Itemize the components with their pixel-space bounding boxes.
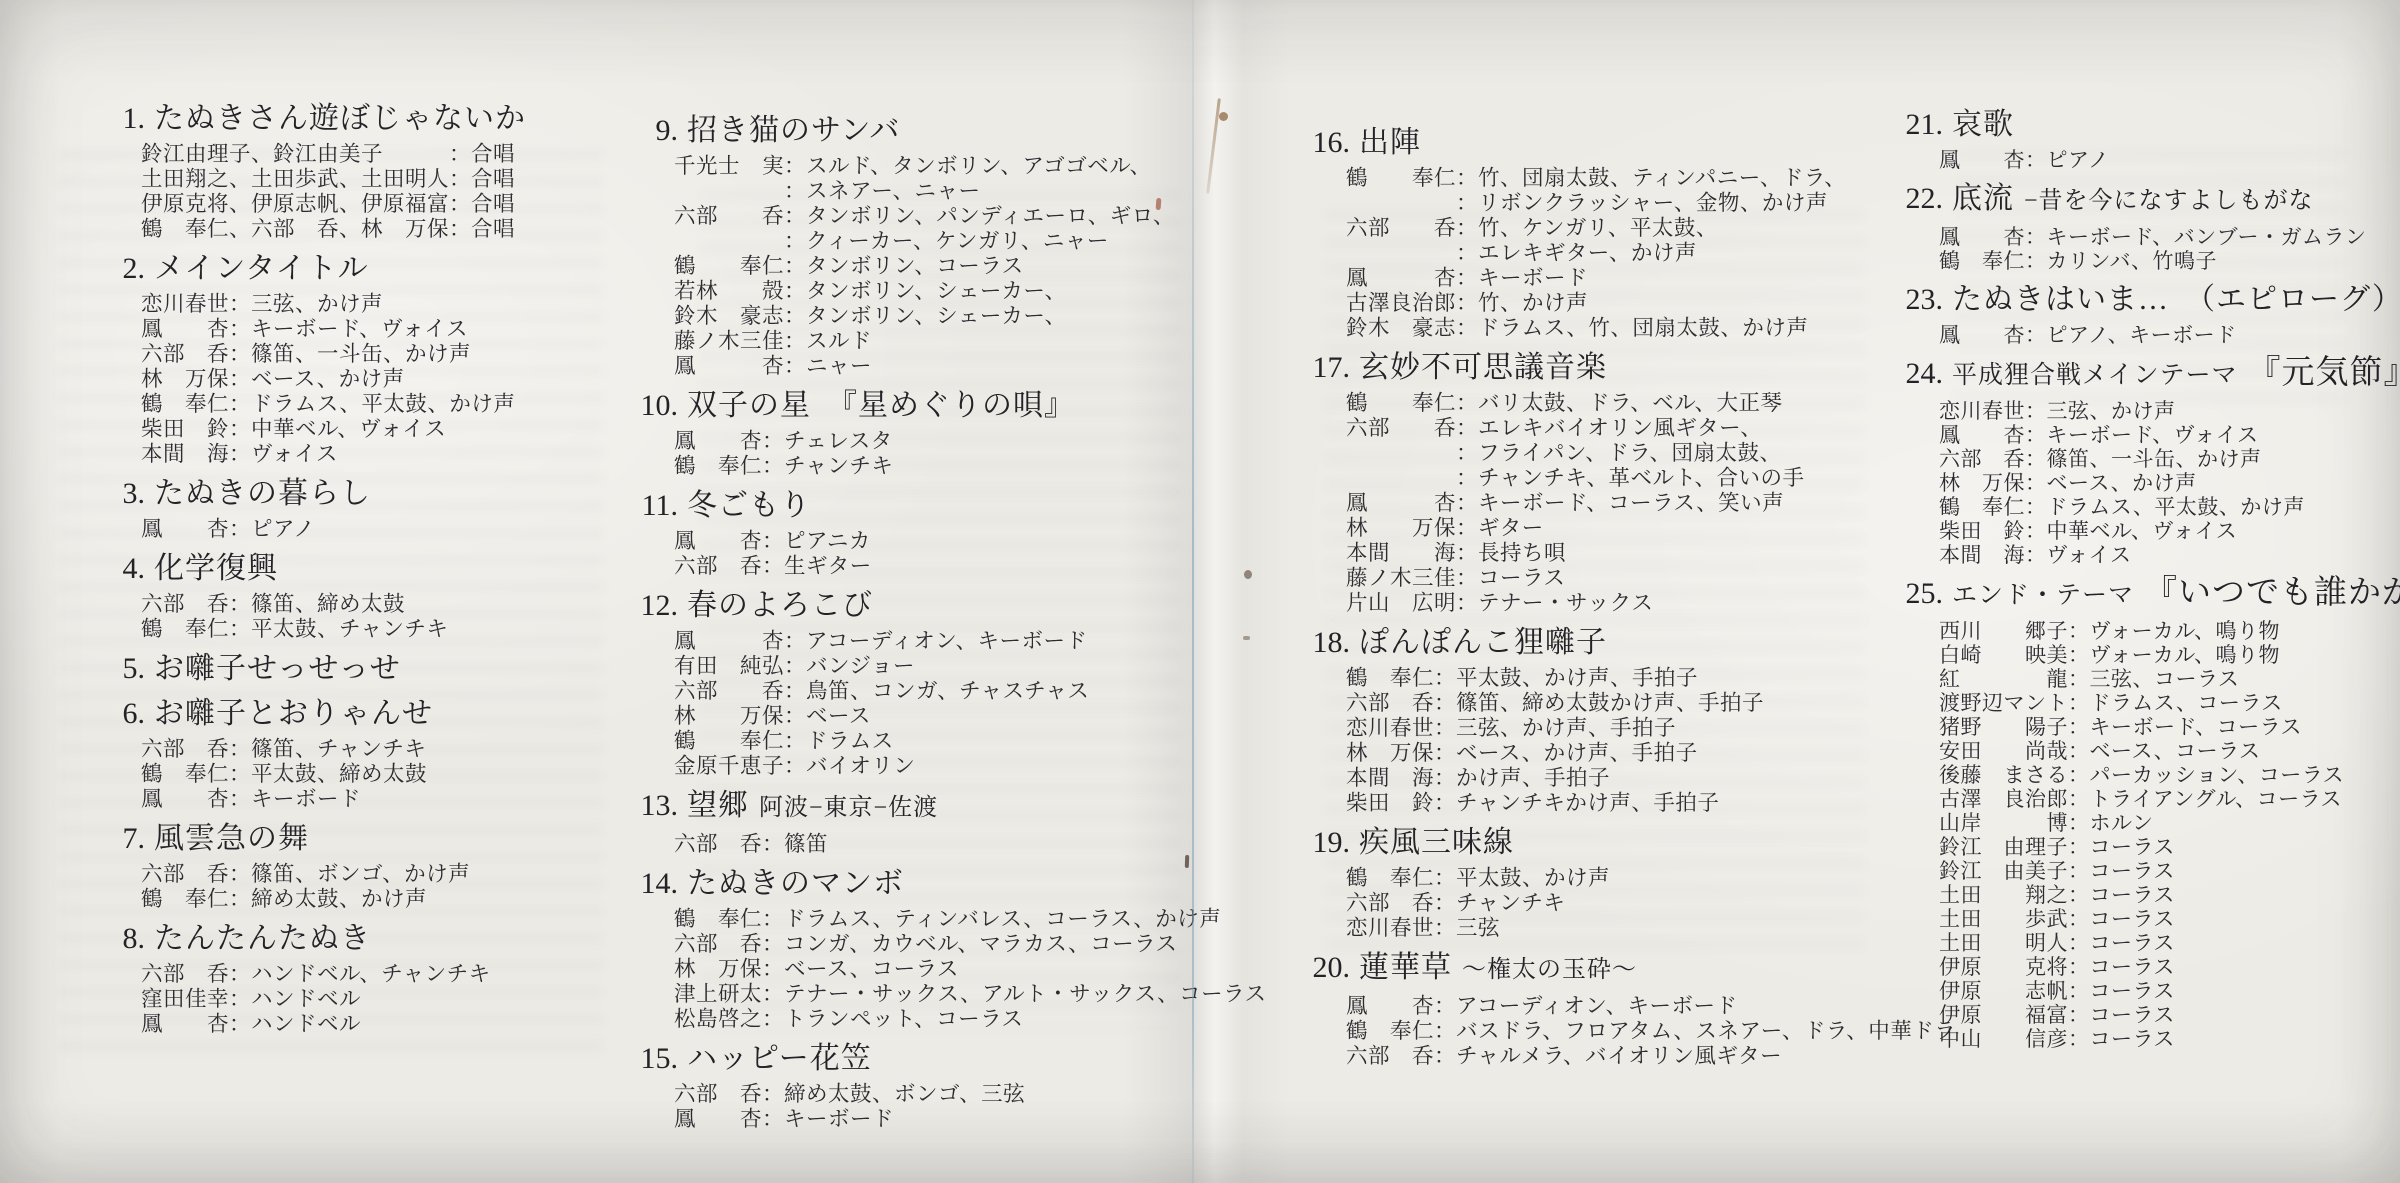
- credit-line: 恋川春世：三弦、かけ声: [1893, 399, 2393, 423]
- track: 14.たぬきのマンボ鶴 奉仁：ドラムス、ティンバレス、コーラス、かけ声六部 呑：…: [628, 865, 1193, 1032]
- credit-line: 鶴 奉仁：平太鼓、かけ声: [1300, 866, 1885, 891]
- credit-line: 鈴木 豪志：タンボリン、シェーカー、: [628, 304, 1193, 329]
- track: 1.たぬきさん遊ぼじゃないか鈴江由理子、鈴江由美子 ：合唱土田翔之、土田歩武、土…: [95, 100, 610, 242]
- credit-line: 鶴 奉仁：平太鼓、かけ声、手拍子: [1300, 666, 1885, 691]
- track-title-text: ぽんぽんこ狸囃子: [1359, 626, 1607, 659]
- track: 2.メインタイトル恋川春世：三弦、かけ声鳳 杏：キーボード、ヴォイス六部 呑：篠…: [95, 250, 610, 467]
- credit-line: 渡野辺マント：ドラムス、コーラス: [1893, 691, 2393, 715]
- credit-line: 猪野 陽子：キーボード、コーラス: [1893, 715, 2393, 739]
- credit-line: 六部 呑：生ギター: [628, 554, 1193, 579]
- credit-line: 六部 呑：篠笛、チャンチキ: [95, 737, 610, 762]
- track-subtitle: 阿波−東京−佐渡: [759, 795, 938, 821]
- crease-mark: [1206, 98, 1221, 194]
- credit-line: 鶴 奉仁：竹、団扇太鼓、ティンパニー、ドラ、: [1300, 166, 1885, 191]
- track-title-row: 25.エンド・テーマ『いつでも誰かが』: [1893, 575, 2393, 614]
- credit-line: 本間 海：かけ声、手拍子: [1300, 766, 1885, 791]
- rust-stain-mark: [1156, 198, 1162, 210]
- track-title-text: メインタイトル: [154, 252, 369, 285]
- track-title-row: 13.望郷阿波−東京−佐渡: [628, 787, 1193, 827]
- track-title-text: お囃子せっせっせ: [154, 652, 401, 685]
- tracklist-column-3: 16.出陣鶴 奉仁：竹、団扇太鼓、ティンパニー、ドラ、 ：リボンクラッシャー、金…: [1300, 116, 1885, 1069]
- track-title-text: 春のよろこび: [687, 589, 873, 622]
- track-number: 12.: [628, 587, 687, 624]
- credit-line: 藤ノ木三佳：スルド: [628, 329, 1193, 354]
- credit-line: 六部 呑：ハンドベル、チャンチキ: [95, 962, 610, 987]
- credit-line: 伊原 福富：コーラス: [1893, 1003, 2393, 1027]
- track-title-row: 3.たぬきの暮らし: [95, 475, 610, 512]
- credit-line: 鳳 杏：ピアノ、キーボード: [1893, 323, 2393, 347]
- credit-line: 土田 歩武：コーラス: [1893, 907, 2393, 931]
- credit-line: 鳳 杏：ピアノ: [95, 517, 610, 542]
- track: 21.哀歌鳳 杏：ピアノ: [1893, 106, 2393, 172]
- track-number: 13.: [628, 787, 687, 824]
- credit-line: 若林 殻：タンボリン、シェーカー、: [628, 279, 1193, 304]
- staple-mark: [1244, 570, 1252, 579]
- track-title-text: たぬきのマンボ: [687, 867, 904, 900]
- credit-line: 六部 呑：コンガ、カウベル、マラカス、コーラス: [628, 932, 1193, 957]
- track-title-text: 疾風三味線: [1359, 826, 1514, 859]
- credit-line: ：リボンクラッシャー、金物、かけ声: [1300, 191, 1885, 216]
- track-subtitle: ～権太の玉砕～: [1462, 957, 1637, 983]
- credit-line: 六部 呑：チャルメラ、バイオリン風ギター: [1300, 1044, 1885, 1069]
- credit-line: 柴田 鈴：チャンチキかけ声、手拍子: [1300, 791, 1885, 816]
- credit-line: 六部 呑：篠笛、一斗缶、かけ声: [95, 342, 610, 367]
- booklet-spread: 1.たぬきさん遊ぼじゃないか鈴江由理子、鈴江由美子 ：合唱土田翔之、土田歩武、土…: [0, 0, 2400, 1183]
- track-title-row: 12.春のよろこび: [628, 587, 1193, 624]
- track-title-text: たんたんたぬき: [154, 922, 371, 955]
- track-title-text: 玄妙不可思議音楽: [1359, 351, 1607, 384]
- track-title-row: 24.平成狸合戦メインテーマ『元気節』: [1893, 355, 2393, 394]
- track: 8.たんたんたぬき六部 呑：ハンドベル、チャンチキ窪田佳幸：ハンドベル鳳 杏：ハ…: [95, 920, 610, 1037]
- credit-line: 六部 呑：鳥笛、コンガ、チャスチャス: [628, 679, 1193, 704]
- track: 17.玄妙不可思議音楽鶴 奉仁：バリ太鼓、ドラ、ベル、大正琴六部 呑：エレキバイ…: [1300, 349, 1885, 616]
- track-title-row: 6.お囃子とおりゃんせ: [95, 695, 610, 732]
- track-title-row: 2.メインタイトル: [95, 250, 610, 287]
- track-number: 7.: [95, 820, 154, 857]
- track-title-row: 10.双子の星 『星めぐりの唄』: [628, 387, 1193, 424]
- track-subtitle: −昔を今になすよしもがな: [2024, 188, 2314, 214]
- track-number: 6.: [95, 695, 154, 732]
- tracklist-column-1: 1.たぬきさん遊ぼじゃないか鈴江由理子、鈴江由美子 ：合唱土田翔之、土田歩武、土…: [95, 92, 610, 1037]
- credit-line: 林 万保：ギター: [1300, 516, 1885, 541]
- stain-mark: [1219, 112, 1228, 121]
- credit-line: 後藤 まさる：パーカッション、コーラス: [1893, 763, 2393, 787]
- track-title-text: 出陣: [1359, 126, 1421, 159]
- credit-line: 六部 呑：篠笛、ボンゴ、かけ声: [95, 862, 610, 887]
- credit-line: 土田 明人：コーラス: [1893, 931, 2393, 955]
- track-title-text: 招き猫のサンバ: [687, 114, 900, 147]
- track: 5.お囃子せっせっせ: [95, 650, 610, 687]
- credit-line: 鈴江 由美子：コーラス: [1893, 859, 2393, 883]
- track-number: 22.: [1893, 180, 1952, 217]
- track-title-row: 15.ハッピー花笠: [628, 1040, 1193, 1077]
- credit-line: 伊原克将、伊原志帆、伊原福富：合唱: [95, 192, 610, 217]
- track-number: 11.: [628, 487, 687, 524]
- credit-line: 柴田 鈴：中華ベル、ヴォイス: [95, 417, 610, 442]
- credit-line: 六部 呑：タンボリン、パンディエーロ、ギロ、: [628, 204, 1193, 229]
- track: 4.化学復興六部 呑：篠笛、締め太鼓鶴 奉仁：平太鼓、チャンチキ: [95, 550, 610, 642]
- credit-line: ：フライパン、ドラ、団扇太鼓、: [1300, 441, 1885, 466]
- credit-line: 鶴 奉仁：平太鼓、締め太鼓: [95, 762, 610, 787]
- credit-line: 鶴 奉仁：バリ太鼓、ドラ、ベル、大正琴: [1300, 391, 1885, 416]
- track-number: 3.: [95, 475, 154, 512]
- track-title-text: たぬきはいま… （エピローグ）: [1952, 283, 2400, 316]
- track-number: 4.: [95, 550, 154, 587]
- track: 18.ぽんぽんこ狸囃子鶴 奉仁：平太鼓、かけ声、手拍子六部 呑：篠笛、締め太鼓か…: [1300, 624, 1885, 816]
- credit-line: 鳳 杏：キーボード、ヴォイス: [95, 317, 610, 342]
- credit-line: 土田翔之、土田歩武、土田明人：合唱: [95, 167, 610, 192]
- track: 22.底流−昔を今になすよしもがな鳳 杏：キーボード、バンブー・ガムラン鶴 奉仁…: [1893, 180, 2393, 273]
- track-title-text: ハッピー花笠: [687, 1042, 872, 1075]
- track-number: 17.: [1300, 349, 1359, 386]
- credit-line: 林 万保：ベース、かけ声: [95, 367, 610, 392]
- credit-line: 伊原 克将：コーラス: [1893, 955, 2393, 979]
- credit-line: 鶴 奉仁：ドラムス、ティンバレス、コーラス、かけ声: [628, 907, 1193, 932]
- credit-line: 安田 尚哉：ベース、コーラス: [1893, 739, 2393, 763]
- track-title-text: 底流: [1952, 182, 2014, 215]
- credit-line: 鈴木 豪志：ドラムス、竹、団扇太鼓、かけ声: [1300, 316, 1885, 341]
- credit-line: 柴田 鈴：中華ベル、ヴォイス: [1893, 519, 2393, 543]
- credit-line: 六部 呑：篠笛、一斗缶、かけ声: [1893, 447, 2393, 471]
- credit-line: 鳳 杏：キーボード、コーラス、笑い声: [1300, 491, 1885, 516]
- credit-line: 西川 郷子：ヴォーカル、鳴り物: [1893, 619, 2393, 643]
- track-title-row: 18.ぽんぽんこ狸囃子: [1300, 624, 1885, 661]
- track-number: 16.: [1300, 124, 1359, 161]
- track-title-row: 4.化学復興: [95, 550, 610, 587]
- track-title-row: 22.底流−昔を今になすよしもがな: [1893, 180, 2393, 220]
- credit-line: 千光士 実：スルド、タンボリン、アゴゴベル、: [628, 154, 1193, 179]
- credit-line: 鶴 奉仁：チャンチキ: [628, 454, 1193, 479]
- credit-line: 土田 翔之：コーラス: [1893, 883, 2393, 907]
- track: 24.平成狸合戦メインテーマ『元気節』恋川春世：三弦、かけ声鳳 杏：キーボード、…: [1893, 355, 2393, 567]
- credit-line: 鶴 奉仁：ドラムス、平太鼓、かけ声: [95, 392, 610, 417]
- track-number: 19.: [1300, 824, 1359, 861]
- track-title-row: 8.たんたんたぬき: [95, 920, 610, 957]
- credit-line: 金原千恵子：バイオリン: [628, 754, 1193, 779]
- track: 12.春のよろこび鳳 杏：アコーディオン、キーボード有田 純弘：バンジョー六部 …: [628, 587, 1193, 779]
- credit-line: 林 万保：ベース: [628, 704, 1193, 729]
- track-number: 2.: [95, 250, 154, 287]
- track-title-row: 23.たぬきはいま… （エピローグ）: [1893, 281, 2393, 318]
- track-title-text: たぬきさん遊ぼじゃないか: [154, 102, 526, 135]
- tracklist-column-4: 21.哀歌鳳 杏：ピアノ22.底流−昔を今になすよしもがな鳳 杏：キーボード、バ…: [1893, 98, 2393, 1051]
- track: 3.たぬきの暮らし鳳 杏：ピアノ: [95, 475, 610, 542]
- track-number: 20.: [1300, 949, 1359, 986]
- credit-line: 鳳 杏：アコーディオン、キーボード: [1300, 994, 1885, 1019]
- track-number: 18.: [1300, 624, 1359, 661]
- credit-line: 山岸 博：ホルン: [1893, 811, 2393, 835]
- track-number: 23.: [1893, 281, 1952, 318]
- credit-line: 六部 呑：篠笛、締め太鼓: [95, 592, 610, 617]
- credit-line: 藤ノ木三佳：コーラス: [1300, 566, 1885, 591]
- credit-line: 六部 呑：竹、ケンガリ、平太鼓、: [1300, 216, 1885, 241]
- track: 13.望郷阿波−東京−佐渡六部 呑：篠笛: [628, 787, 1193, 857]
- credit-line: 鶴 奉仁：ドラムス: [628, 729, 1193, 754]
- credit-line: ：チャンチキ、革ベルト、合いの手: [1300, 466, 1885, 491]
- credit-line: 林 万保：ベース、かけ声: [1893, 471, 2393, 495]
- credit-line: 鶴 奉仁：締め太鼓、かけ声: [95, 887, 610, 912]
- credit-line: 古澤 良治郎：トライアングル、コーラス: [1893, 787, 2393, 811]
- track-subtitle: 『元気節』: [2248, 355, 2400, 391]
- credit-line: 鶴 奉仁：カリンバ、竹鳴子: [1893, 249, 2393, 273]
- credit-line: 鶴 奉仁：ドラムス、平太鼓、かけ声: [1893, 495, 2393, 519]
- track-subtitle: 『いつでも誰かが』: [2144, 575, 2400, 611]
- track-number: 21.: [1893, 106, 1952, 143]
- credit-line: 鳳 杏：キーボード、バンブー・ガムラン: [1893, 225, 2393, 249]
- track: 7.風雲急の舞六部 呑：篠笛、ボンゴ、かけ声鶴 奉仁：締め太鼓、かけ声: [95, 820, 610, 912]
- track: 20.蓮華草～権太の玉砕～鳳 杏：アコーディオン、キーボード鶴 奉仁：バスドラ、…: [1300, 949, 1885, 1069]
- credit-line: 本間 海：ヴォイス: [1893, 543, 2393, 567]
- credit-line: 鶴 奉仁：タンボリン、コーラス: [628, 254, 1193, 279]
- credit-line: 窪田佳幸：ハンドベル: [95, 987, 610, 1012]
- track: 23.たぬきはいま… （エピローグ）鳳 杏：ピアノ、キーボード: [1893, 281, 2393, 347]
- credit-line: 六部 呑：篠笛: [628, 832, 1193, 857]
- track-number: 25.: [1893, 575, 1952, 612]
- credit-line: 古澤良治郎：竹、かけ声: [1300, 291, 1885, 316]
- credit-line: 鳳 杏：チェレスタ: [628, 429, 1193, 454]
- track-title-text: 冬ごもり: [687, 489, 811, 522]
- credit-line: 紅 龍：三弦、コーラス: [1893, 667, 2393, 691]
- credit-line: 鶴 奉仁：バスドラ、フロアタム、スネアー、ドラ、中華ドラ: [1300, 1019, 1885, 1044]
- track-title-text: 双子の星 『星めぐりの唄』: [687, 389, 1075, 422]
- credit-line: 伊原 志帆：コーラス: [1893, 979, 2393, 1003]
- track-number: 14.: [628, 865, 687, 902]
- credit-line: 鳳 杏：ニャー: [628, 354, 1193, 379]
- credit-line: ：クィーカー、ケンガリ、ニャー: [628, 229, 1193, 254]
- track-title-row: 9.招き猫のサンバ: [628, 112, 1193, 149]
- track: 16.出陣鶴 奉仁：竹、団扇太鼓、ティンパニー、ドラ、 ：リボンクラッシャー、金…: [1300, 124, 1885, 341]
- credit-line: 本間 海：長持ち唄: [1300, 541, 1885, 566]
- credit-line: 本間 海：ヴォイス: [95, 442, 610, 467]
- track-title-text: お囃子とおりゃんせ: [154, 697, 433, 730]
- track: 6.お囃子とおりゃんせ六部 呑：篠笛、チャンチキ鶴 奉仁：平太鼓、締め太鼓鳳 杏…: [95, 695, 610, 812]
- track: 25.エンド・テーマ『いつでも誰かが』西川 郷子：ヴォーカル、鳴り物白崎 映美：…: [1893, 575, 2393, 1051]
- track: 15.ハッピー花笠六部 呑：締め太鼓、ボンゴ、三弦鳳 杏：キーボード: [628, 1040, 1193, 1132]
- track-title-text: 哀歌: [1952, 108, 2014, 141]
- track-title-row: 20.蓮華草～権太の玉砕～: [1300, 949, 1885, 989]
- track-title-row: 7.風雲急の舞: [95, 820, 610, 857]
- track-title-row: 1.たぬきさん遊ぼじゃないか: [95, 100, 610, 137]
- credit-line: ：エレキギター、かけ声: [1300, 241, 1885, 266]
- credit-line: 松島啓之：トランペット、コーラス: [628, 1007, 1193, 1032]
- credit-line: 恋川春世：三弦、かけ声、手拍子: [1300, 716, 1885, 741]
- credit-line: 鳳 杏：アコーディオン、キーボード: [628, 629, 1193, 654]
- track-title-text: エンド・テーマ: [1952, 582, 2134, 609]
- credit-line: 六部 呑：締め太鼓、ボンゴ、三弦: [628, 1082, 1193, 1107]
- track-title-text: たぬきの暮らし: [154, 477, 371, 510]
- track: 11.冬ごもり鳳 杏：ピアニカ六部 呑：生ギター: [628, 487, 1193, 579]
- credit-line: 恋川春世：三弦、かけ声: [95, 292, 610, 317]
- credit-line: 鈴江 由理子：コーラス: [1893, 835, 2393, 859]
- credit-line: ：スネアー、ニャー: [628, 179, 1193, 204]
- credit-line: 鳳 杏：ピアニカ: [628, 529, 1193, 554]
- credit-line: 片山 広明：テナー・サックス: [1300, 591, 1885, 616]
- credit-line: 鳳 杏：キーボード: [628, 1107, 1193, 1132]
- track-title-text: 蓮華草: [1359, 951, 1452, 984]
- staple-mark: [1243, 636, 1250, 640]
- credit-line: 鶴 奉仁：平太鼓、チャンチキ: [95, 617, 610, 642]
- track-number: 5.: [95, 650, 154, 687]
- credit-line: 鳳 杏：キーボード: [95, 787, 610, 812]
- track-number: 15.: [628, 1040, 687, 1077]
- track-title-row: 14.たぬきのマンボ: [628, 865, 1193, 902]
- credit-line: 鳳 杏：キーボード、ヴォイス: [1893, 423, 2393, 447]
- credit-line: 鳳 杏：キーボード: [1300, 266, 1885, 291]
- credit-line: 津上研太：テナー・サックス、アルト・サックス、コーラス: [628, 982, 1193, 1007]
- credit-line: 六部 呑：チャンチキ: [1300, 891, 1885, 916]
- credit-line: 六部 呑：篠笛、締め太鼓かけ声、手拍子: [1300, 691, 1885, 716]
- credit-line: 鳳 杏：ハンドベル: [95, 1012, 610, 1037]
- track-title-text: 化学復興: [154, 552, 278, 585]
- credit-line: 六部 呑：エレキバイオリン風ギター、: [1300, 416, 1885, 441]
- credit-line: 鈴江由理子、鈴江由美子 ：合唱: [95, 142, 610, 167]
- track-title-text: 風雲急の舞: [154, 822, 309, 855]
- track-number: 24.: [1893, 355, 1952, 392]
- track-title-row: 5.お囃子せっせっせ: [95, 650, 610, 687]
- track-number: 1.: [95, 100, 154, 137]
- track: 9.招き猫のサンバ千光士 実：スルド、タンボリン、アゴゴベル、 ：スネアー、ニャ…: [628, 112, 1193, 379]
- staple-mark: [1185, 855, 1189, 868]
- credit-line: 中山 信彦：コーラス: [1893, 1027, 2393, 1051]
- track-number: 8.: [95, 920, 154, 957]
- credit-line: 鳳 杏：ピアノ: [1893, 148, 2393, 172]
- tracklist-column-2: 9.招き猫のサンバ千光士 実：スルド、タンボリン、アゴゴベル、 ：スネアー、ニャ…: [628, 104, 1193, 1132]
- track-title-row: 21.哀歌: [1893, 106, 2393, 143]
- track-number: 10.: [628, 387, 687, 424]
- credit-line: 林 万保：ベース、コーラス: [628, 957, 1193, 982]
- track-title-row: 17.玄妙不可思議音楽: [1300, 349, 1885, 386]
- credit-line: 白崎 映美：ヴォーカル、鳴り物: [1893, 643, 2393, 667]
- credit-line: 有田 純弘：バンジョー: [628, 654, 1193, 679]
- track: 19.疾風三味線鶴 奉仁：平太鼓、かけ声六部 呑：チャンチキ恋川春世：三弦: [1300, 824, 1885, 941]
- credit-line: 鶴 奉仁、六部 呑、林 万保：合唱: [95, 217, 610, 242]
- track-title-text: 平成狸合戦メインテーマ: [1952, 362, 2238, 389]
- track-title-row: 19.疾風三味線: [1300, 824, 1885, 861]
- credit-line: 恋川春世：三弦: [1300, 916, 1885, 941]
- track-title-row: 16.出陣: [1300, 124, 1885, 161]
- track: 10.双子の星 『星めぐりの唄』鳳 杏：チェレスタ鶴 奉仁：チャンチキ: [628, 387, 1193, 479]
- track-number: 9.: [628, 112, 687, 149]
- track-title-row: 11.冬ごもり: [628, 487, 1193, 524]
- credit-line: 林 万保：ベース、かけ声、手拍子: [1300, 741, 1885, 766]
- track-title-text: 望郷: [687, 789, 749, 822]
